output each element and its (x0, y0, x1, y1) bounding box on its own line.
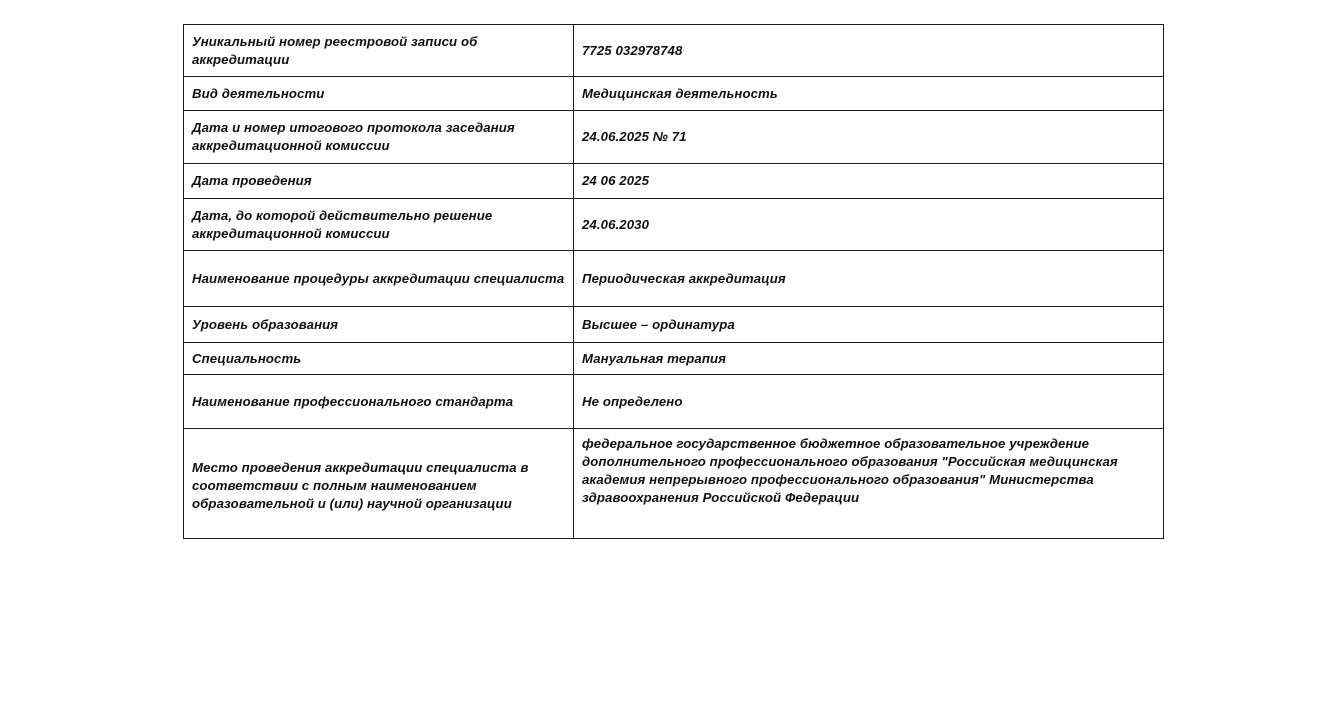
row-value: 24.06.2025 № 71 (574, 111, 1164, 164)
row-label: Специальность (184, 343, 574, 375)
table-row-date-held: Дата проведения 24 06 2025 (184, 164, 1164, 199)
table-row-location: Место проведения аккредитации специалист… (184, 429, 1164, 539)
table-row-professional-standard: Наименование профессионального стандарта… (184, 375, 1164, 429)
accreditation-table: Уникальный номер реестровой записи об ак… (183, 24, 1164, 539)
row-label: Наименование процедуры аккредитации спец… (184, 251, 574, 307)
table-row-education-level: Уровень образования Высшее – ординатура (184, 307, 1164, 343)
row-label: Наименование профессионального стандарта (184, 375, 574, 429)
row-label: Дата и номер итогового протокола заседан… (184, 111, 574, 164)
row-value: Медицинская деятельность (574, 77, 1164, 111)
table-row-registry-number: Уникальный номер реестровой записи об ак… (184, 25, 1164, 77)
table-row-activity-type: Вид деятельности Медицинская деятельност… (184, 77, 1164, 111)
row-value: Высшее – ординатура (574, 307, 1164, 343)
row-value: 7725 032978748 (574, 25, 1164, 77)
table-row-valid-until: Дата, до которой действительно решение а… (184, 199, 1164, 251)
row-label: Дата, до которой действительно решение а… (184, 199, 574, 251)
row-value: 24.06.2030 (574, 199, 1164, 251)
row-value: федеральное государственное бюджетное об… (574, 429, 1164, 539)
table-row-procedure: Наименование процедуры аккредитации спец… (184, 251, 1164, 307)
row-value: Периодическая аккредитация (574, 251, 1164, 307)
row-label: Уникальный номер реестровой записи об ак… (184, 25, 574, 77)
row-value: Мануальная терапия (574, 343, 1164, 375)
table-row-specialty: Специальность Мануальная терапия (184, 343, 1164, 375)
row-label: Уровень образования (184, 307, 574, 343)
table-row-protocol: Дата и номер итогового протокола заседан… (184, 111, 1164, 164)
row-label: Место проведения аккредитации специалист… (184, 429, 574, 539)
row-label: Дата проведения (184, 164, 574, 199)
row-value: 24 06 2025 (574, 164, 1164, 199)
row-value: Не определено (574, 375, 1164, 429)
row-label: Вид деятельности (184, 77, 574, 111)
